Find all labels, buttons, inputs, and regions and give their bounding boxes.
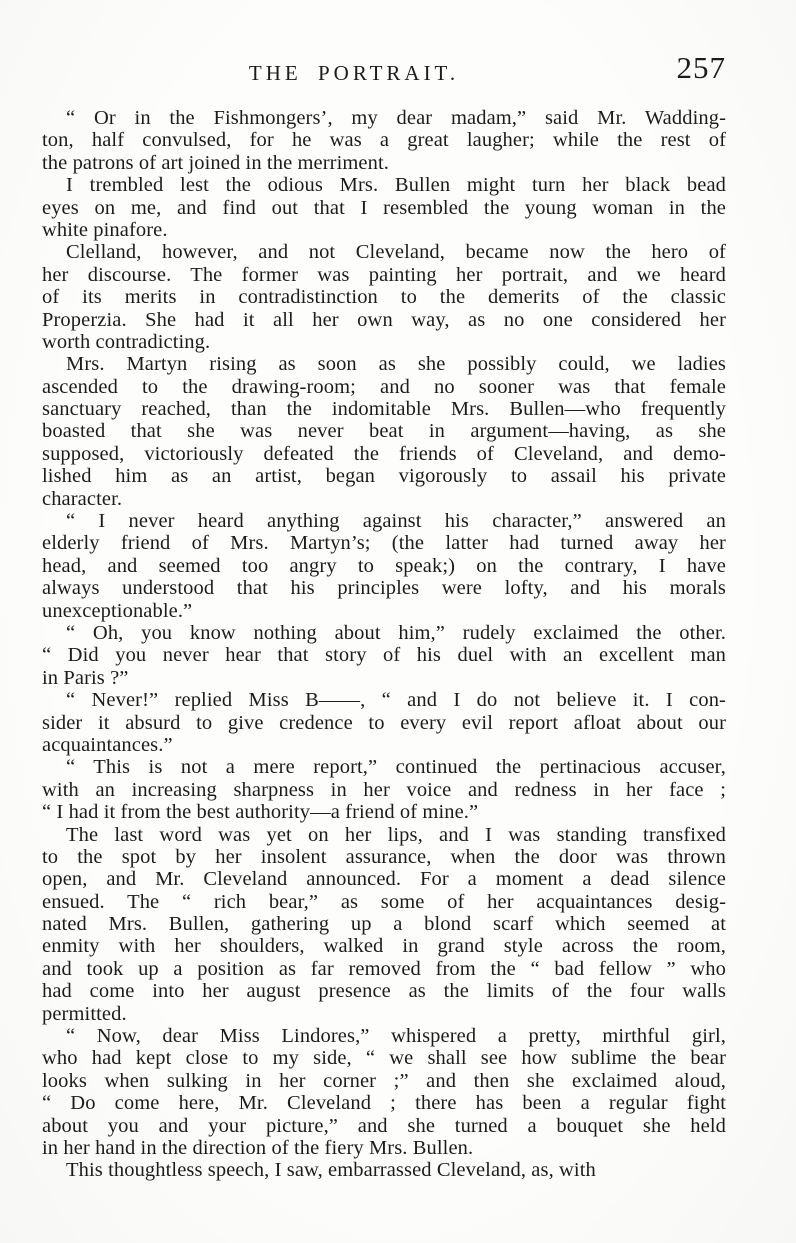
text-line: looks when sulking in her corner ;” and … [42, 1070, 726, 1092]
text-line: This thoughtless speech, I saw, embarras… [42, 1159, 726, 1181]
paragraph: I trembled lest the odious Mrs. Bullen m… [42, 174, 726, 241]
text-line: elderly friend of Mrs. Martyn’s; (the la… [42, 532, 726, 554]
page-header: THE PORTRAIT. 257 [42, 52, 726, 88]
text-line: supposed, victoriously defeated the frie… [42, 443, 726, 465]
text-line: “ Oh, you know nothing about him,” rudel… [42, 622, 726, 644]
text-line: in her hand in the direction of the fier… [42, 1137, 726, 1159]
text-line: “ I never heard anything against his cha… [42, 510, 726, 532]
text-line: I trembled lest the odious Mrs. Bullen m… [42, 174, 726, 196]
text-line: nated Mrs. Bullen, gathering up a blond … [42, 913, 726, 935]
text-line: “ Or in the Fishmongers’, my dear madam,… [42, 107, 726, 129]
text-line: had come into her august presence as the… [42, 980, 726, 1002]
text-line: Properzia. She had it all her own way, a… [42, 309, 726, 331]
text-line: eyes on me, and find out that I resemble… [42, 197, 726, 219]
paragraph: “ I never heard anything against his cha… [42, 510, 726, 622]
text-line: “ Now, dear Miss Lindores,” whispered a … [42, 1025, 726, 1047]
page-number: 257 [677, 50, 727, 86]
paragraph: This thoughtless speech, I saw, embarras… [42, 1159, 726, 1181]
text-line: open, and Mr. Cleveland announced. For a… [42, 868, 726, 890]
book-page: THE PORTRAIT. 257 “ Or in the Fishmonger… [0, 0, 796, 1243]
text-line: worth contradicting. [42, 331, 726, 353]
paragraph: “ Oh, you know nothing about him,” rudel… [42, 622, 726, 689]
text-line: sider it absurd to give credence to ever… [42, 712, 726, 734]
text-line: “ This is not a mere report,” continued … [42, 756, 726, 778]
text-line: ton, half convulsed, for he was a great … [42, 129, 726, 151]
text-line: “ I had it from the best authority—a fri… [42, 801, 726, 823]
text-line: who had kept close to my side, “ we shal… [42, 1047, 726, 1069]
text-line: boasted that she was never beat in argum… [42, 420, 726, 442]
text-line: and took up a position as far removed fr… [42, 958, 726, 980]
paragraph: Mrs. Martyn rising as soon as she possib… [42, 353, 726, 510]
text-line: her discourse. The former was painting h… [42, 264, 726, 286]
paragraph: “ Now, dear Miss Lindores,” whispered a … [42, 1025, 726, 1159]
text-line: about you and your picture,” and she tur… [42, 1115, 726, 1137]
text-line: The last word was yet on her lips, and I… [42, 824, 726, 846]
text-line: ensued. The “ rich bear,” as some of her… [42, 891, 726, 913]
text-line: lished him as an artist, began vigorousl… [42, 465, 726, 487]
text-line: always understood that his principles we… [42, 577, 726, 599]
text-line: with an increasing sharpness in her voic… [42, 779, 726, 801]
text-line: Mrs. Martyn rising as soon as she possib… [42, 353, 726, 375]
paragraph: Clelland, however, and not Cleveland, be… [42, 241, 726, 353]
text-line: to the spot by her insolent assurance, w… [42, 846, 726, 868]
text-line: “ Never!” replied Miss B——, “ and I do n… [42, 689, 726, 711]
text-line: permitted. [42, 1003, 726, 1025]
paragraph: The last word was yet on her lips, and I… [42, 824, 726, 1026]
text-line: “ Do come here, Mr. Cleveland ; there ha… [42, 1092, 726, 1114]
text-line: acquaintances.” [42, 734, 726, 756]
text-line: enmity with her shoulders, walked in gra… [42, 935, 726, 957]
text-line: unexceptionable.” [42, 600, 726, 622]
paragraph: “ Or in the Fishmongers’, my dear madam,… [42, 107, 726, 174]
text-line: sanctuary reached, than the indomitable … [42, 398, 726, 420]
running-title: THE PORTRAIT. [42, 61, 666, 86]
text-line: of its merits in contradistinction to th… [42, 286, 726, 308]
paragraph: “ This is not a mere report,” continued … [42, 756, 726, 823]
text-line: character. [42, 488, 726, 510]
text-line: Clelland, however, and not Cleveland, be… [42, 241, 726, 263]
text-line: “ Did you never hear that story of his d… [42, 644, 726, 666]
text-line: in Paris ?” [42, 667, 726, 689]
text-line: white pinafore. [42, 219, 726, 241]
text-line: head, and seemed too angry to speak;) on… [42, 555, 726, 577]
text-line: the patrons of art joined in the merrime… [42, 152, 726, 174]
text-line: ascended to the drawing-room; and no soo… [42, 376, 726, 398]
paragraph: “ Never!” replied Miss B——, “ and I do n… [42, 689, 726, 756]
page-body: “ Or in the Fishmongers’, my dear madam,… [42, 107, 726, 1182]
